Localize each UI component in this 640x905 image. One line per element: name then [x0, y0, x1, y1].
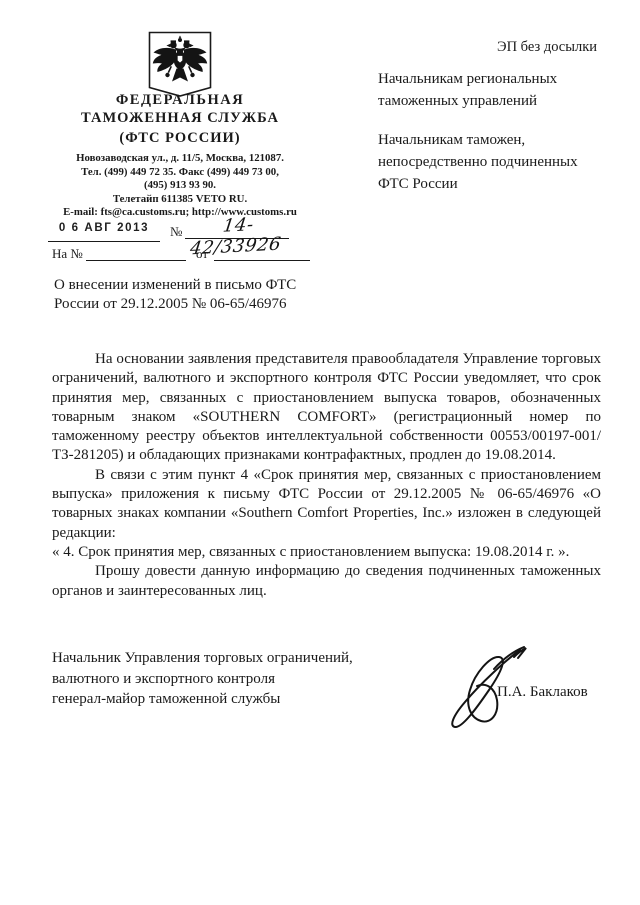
reply-number-label: На № — [52, 246, 83, 262]
org-name-line: ТАМОЖЕННАЯ СЛУЖБА — [30, 110, 330, 127]
reply-date-blank — [214, 245, 310, 261]
recipient-address-2: Начальникам таможен, непосредственно под… — [378, 129, 608, 195]
body-paragraph: В связи с этим пункт 4 «Срок принятия ме… — [52, 466, 601, 543]
delivery-mark: ЭП без досылки — [497, 39, 597, 56]
address-line: Новозаводская ул., д. 11/5, Москва, 1210… — [20, 152, 340, 166]
recipient-address-1: Начальникам региональных таможенных упра… — [378, 68, 608, 112]
body-paragraph: На основании заявления представителя пра… — [52, 350, 601, 466]
teletype-line: Телетайп 611385 VETO RU. — [20, 193, 340, 207]
coat-of-arms-icon — [148, 31, 212, 98]
org-address-block: Новозаводская ул., д. 11/5, Москва, 1210… — [20, 152, 340, 220]
reference-row-reply: На № от — [52, 245, 332, 263]
org-abbreviation: (ФТС РОССИИ) — [30, 130, 330, 147]
scanned-letter-page: ЭП без досылки — [0, 0, 640, 905]
org-name-line: ФЕДЕРАЛЬНАЯ — [30, 92, 330, 109]
date-stamp: 0 6 АВГ 2013 — [48, 219, 160, 242]
reply-number-blank — [86, 245, 186, 261]
reference-row-outgoing: 0 6 АВГ 2013 № 14-42/33926 — [48, 219, 328, 239]
org-title: ФЕДЕРАЛЬНАЯ ТАМОЖЕННАЯ СЛУЖБА (ФТС РОССИ… — [30, 92, 330, 147]
number-sign: № — [170, 224, 182, 240]
recipients-block: Начальникам региональных таможенных упра… — [378, 68, 608, 195]
phone-line: Тел. (499) 449 72 35. Факс (499) 449 73 … — [20, 166, 340, 180]
letter-body: На основании заявления представителя пра… — [52, 350, 601, 601]
letter-subject: О внесении изменений в письмо ФТС России… — [54, 276, 354, 314]
outgoing-number-field: 14-42/33926 — [185, 215, 289, 239]
signer-title: Начальник Управления торговых ограничени… — [52, 648, 392, 710]
email-website-line: E-mail: fts@ca.customs.ru; http://www.cu… — [20, 206, 340, 220]
body-paragraph: Прошу довести данную информацию до сведе… — [52, 562, 601, 601]
signature-autograph-icon — [448, 644, 556, 746]
reply-from-label: от — [196, 246, 208, 262]
body-paragraph-quote: « 4. Срок принятия мер, связанных с прио… — [52, 543, 601, 562]
phone-line: (495) 913 93 90. — [20, 179, 340, 193]
